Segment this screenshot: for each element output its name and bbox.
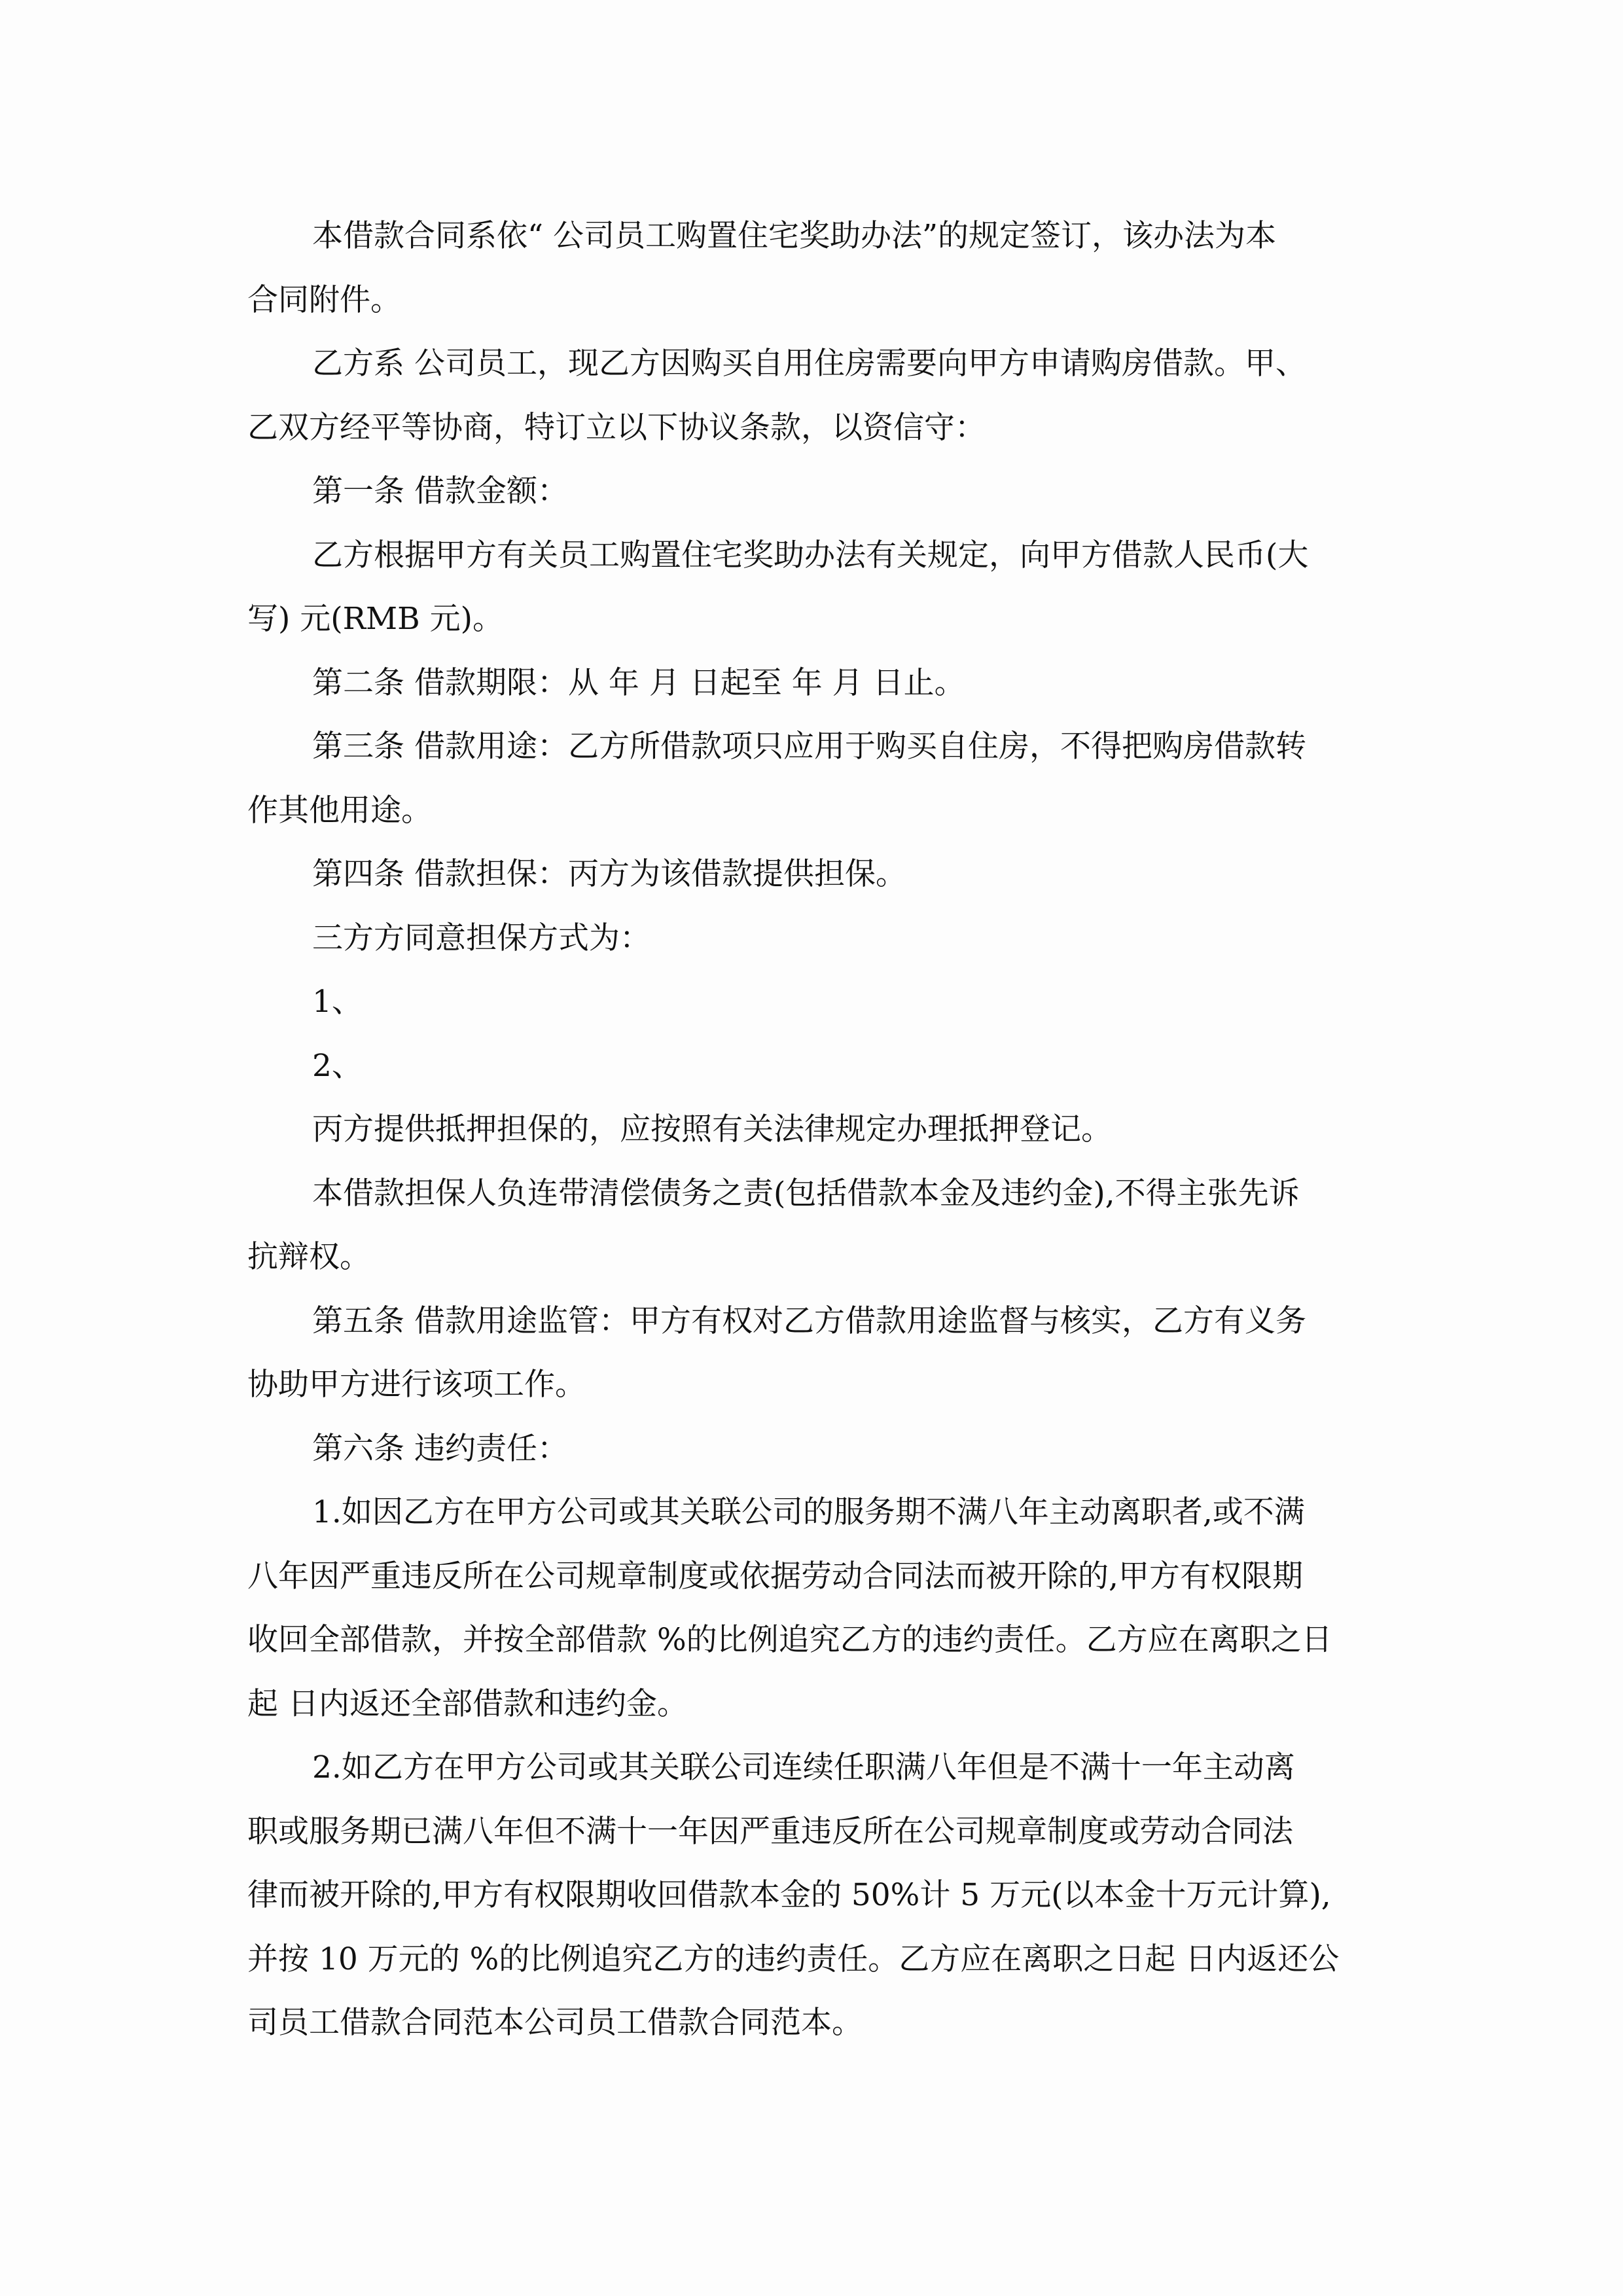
article-line: 第三条 借款用途：乙方所借款项只应用于购买自住房，不得把购房借款转 <box>247 715 1378 779</box>
paragraph-line: 作其他用途。 <box>247 779 1378 843</box>
paragraph-line: 丙方提供抵押担保的，应按照有关法律规定办理抵押登记。 <box>247 1098 1378 1162</box>
list-item: 1、 <box>247 970 1378 1034</box>
paragraph-line: 本借款担保人负连带清偿债务之责(包括借款本金及违约金),不得主张先诉 <box>247 1162 1378 1226</box>
clause-line: 起 日内返还全部借款和违约金。 <box>247 1672 1378 1736</box>
article-heading: 第六条 违约责任： <box>247 1417 1378 1481</box>
article-line: 第二条 借款期限：从 年 月 日起至 年 月 日止。 <box>247 651 1378 715</box>
article-line: 第四条 借款担保：丙方为该借款提供担保。 <box>247 842 1378 906</box>
paragraph-line: 协助甲方进行该项工作。 <box>247 1353 1378 1417</box>
clause-line: 并按 10 万元的 %的比例追究乙方的违约责任。乙方应在离职之日起 日内返还公 <box>247 1928 1378 1992</box>
article-line: 第五条 借款用途监管：甲方有权对乙方借款用途监督与核实，乙方有义务 <box>247 1289 1378 1354</box>
paragraph-line: 三方方同意担保方式为： <box>247 906 1378 971</box>
clause-line: 2.如乙方在甲方公司或其关联公司连续任职满八年但是不满十一年主动离 <box>247 1736 1378 1800</box>
paragraph-line: 本借款合同系依“ 公司员工购置住宅奖助办法”的规定签订，该办法为本 <box>247 204 1378 268</box>
paragraph-line: 乙方根据甲方有关员工购置住宅奖助办法有关规定，向甲方借款人民币(大 <box>247 524 1378 588</box>
clause-line: 八年因严重违反所在公司规章制度或依据劳动合同法而被开除的,甲方有权限期 <box>247 1545 1378 1609</box>
list-item: 2、 <box>247 1034 1378 1098</box>
paragraph-line: 乙双方经平等协商，特订立以下协议条款，以资信守： <box>247 396 1378 460</box>
clause-line: 1.如因乙方在甲方公司或其关联公司的服务期不满八年主动离职者,或不满 <box>247 1480 1378 1545</box>
clause-line: 司员工借款合同范本公司员工借款合同范本。 <box>247 1991 1378 2055</box>
paragraph-line: 乙方系 公司员工，现乙方因购买自用住房需要向甲方申请购房借款。甲、 <box>247 332 1378 396</box>
paragraph-line: 写) 元(RMB 元)。 <box>247 587 1378 651</box>
article-heading: 第一条 借款金额： <box>247 459 1378 524</box>
clause-line: 收回全部借款，并按全部借款 %的比例追究乙方的违约责任。乙方应在离职之日 <box>247 1608 1378 1672</box>
paragraph-line: 抗辩权。 <box>247 1225 1378 1289</box>
clause-line: 职或服务期已满八年但不满十一年因严重违反所在公司规章制度或劳动合同法 <box>247 1800 1378 1864</box>
document-page: 本借款合同系依“ 公司员工购置住宅奖助办法”的规定签订，该办法为本 合同附件。 … <box>247 204 1378 2055</box>
paragraph-line: 合同附件。 <box>247 268 1378 332</box>
clause-line: 律而被开除的,甲方有权限期收回借款本金的 50%计 5 万元(以本金十万元计算)… <box>247 1863 1378 1928</box>
